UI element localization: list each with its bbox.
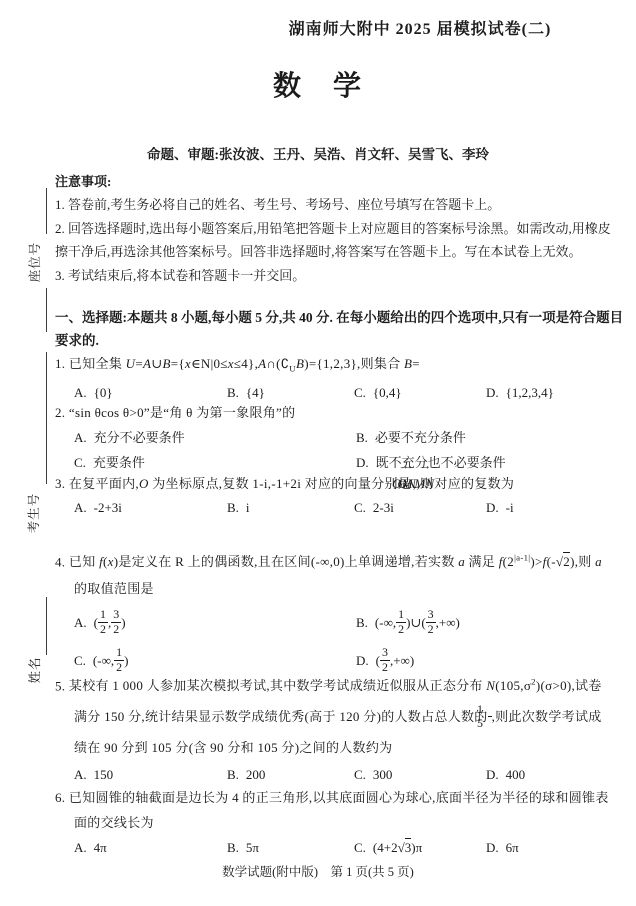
option-text: 400 — [506, 767, 526, 782]
option-d: D.-i — [486, 496, 611, 520]
option-label: A. — [74, 615, 87, 630]
option-label: B. — [227, 385, 239, 400]
option-c: C.300 — [354, 763, 486, 787]
option-b: B.200 — [227, 763, 354, 787]
option-b: B.i — [227, 496, 354, 520]
seal-label-seat-number: 座位号 — [25, 232, 43, 292]
option-label: A. — [74, 500, 87, 515]
option-label: C. — [74, 653, 86, 668]
option-text: -2+3i — [94, 500, 122, 515]
notice-item: 3. 考试结束后,将本试卷和答题卡一并交回。 — [55, 264, 621, 287]
seal-blank-line-seat-lower — [46, 288, 47, 332]
question-4: 4. 已知 f(x)是定义在 R 上的偶函数,且在区间(-∞,0)上单调递增,若… — [55, 545, 611, 674]
option-text: {4} — [246, 385, 265, 400]
option-label: B. — [227, 840, 239, 855]
option-label: A. — [74, 840, 87, 855]
question-stem: 2. “sin θcos θ>0”是“角 θ 为第一象限角”的 — [55, 400, 611, 425]
option-b: B.5π — [227, 835, 354, 860]
question-stem: 4. 已知 f(x)是定义在 R 上的偶函数,且在区间(-∞,0)上单调递增,若… — [55, 545, 611, 602]
option-label: C. — [354, 500, 366, 515]
option-a: A.充分不必要条件 — [74, 425, 356, 450]
options-row: A.150 B.200 C.300 D.400 — [55, 763, 611, 787]
option-text: 充分不必要条件 — [94, 430, 185, 445]
option-label: C. — [74, 455, 86, 470]
question-number: 5. — [55, 678, 65, 693]
option-label: D. — [486, 385, 499, 400]
question-stem: 5. 某校有 1 000 人参加某次模拟考试,其中数学考试成绩近似服从正态分布 … — [55, 667, 611, 763]
question-stem: 6. 已知圆锥的轴截面是边长为 4 的正三角形,以其底面圆心为球心,底面半径为半… — [55, 785, 611, 835]
option-c: C.2-3i — [354, 496, 486, 520]
option-a: A.(12,32) — [74, 608, 356, 636]
notice-item: 1. 答卷前,考生务必将自己的姓名、考生号、考场号、座位号填写在答题卡上。 — [55, 193, 621, 216]
option-text: 必要不充分条件 — [375, 430, 466, 445]
option-label: A. — [74, 430, 87, 445]
option-text: 150 — [94, 767, 114, 782]
option-label: D. — [486, 767, 499, 782]
option-label: C. — [354, 385, 366, 400]
option-label: D. — [486, 840, 499, 855]
option-text: i — [246, 500, 250, 515]
option-text: 5π — [246, 840, 259, 855]
seal-blank-line-candidate — [46, 352, 47, 484]
option-text: 6π — [506, 840, 519, 855]
option-label: B. — [356, 615, 368, 630]
notice-item: 2. 回答选择题时,选出每小题答案后,用铅笔把答题卡上对应题目的答案标号涂黑。如… — [55, 217, 621, 264]
stem-text: 某校有 1 000 人参加某次模拟考试,其中数学考试成绩近似服从正态分布 N(1… — [69, 678, 602, 755]
question-2: 2. “sin θcos θ>0”是“角 θ 为第一象限角”的 A.充分不必要条… — [55, 400, 611, 475]
option-label: C. — [354, 767, 366, 782]
option-text: {1,2,3,4} — [506, 385, 554, 400]
question-3: 3. 在复平面内,O 为坐标原点,复数 1-i,-1+2i 对应的向量分别是→O… — [55, 471, 611, 520]
options-row: A.充分不必要条件 B.必要不充分条件 — [55, 425, 611, 450]
setters-line: 命题、审题:张汝波、王丹、吴浩、肖文轩、吴雪飞、李玲 — [0, 143, 636, 163]
page-footer: 数学试题(附中版) 第 1 页(共 5 页) — [0, 862, 636, 880]
option-text: -i — [506, 500, 514, 515]
question-number: 4. — [55, 554, 65, 569]
seal-label-name: 姓名 — [25, 648, 43, 692]
question-number: 6. — [55, 790, 65, 805]
question-1: 1. 已知全集 U=A∪B={x∈N|0≤x≤4},A∩(∁UB)={1,2,3… — [55, 352, 611, 405]
seal-blank-line-name — [46, 597, 47, 655]
option-label: D. — [356, 653, 369, 668]
question-6: 6. 已知圆锥的轴截面是边长为 4 的正三角形,以其底面圆心为球心,底面半径为半… — [55, 785, 611, 860]
seal-label-candidate-number: 考生号 — [24, 483, 42, 543]
question-number: 2. — [55, 405, 65, 420]
options-row: A.-2+3i B.i C.2-3i D.-i — [55, 496, 611, 520]
option-text: {0} — [94, 385, 113, 400]
option-label: D. — [486, 500, 499, 515]
option-a: A.150 — [74, 763, 227, 787]
option-d: D.6π — [486, 835, 611, 860]
option-a: A.-2+3i — [74, 496, 227, 520]
stem-text: 已知全集 U=A∪B={x∈N|0≤x≤4},A∩(∁UB)={1,2,3},则… — [69, 356, 420, 371]
option-label: A. — [74, 385, 87, 400]
option-text: {0,4} — [373, 385, 402, 400]
question-stem: 1. 已知全集 U=A∪B={x∈N|0≤x≤4},A∩(∁UB)={1,2,3… — [55, 352, 611, 381]
option-label: B. — [227, 500, 239, 515]
option-text: 2-3i — [373, 500, 394, 515]
stem-text: “sin θcos θ>0”是“角 θ 为第一象限角”的 — [69, 405, 296, 420]
option-b: B.(-∞,12)∪(32,+∞) — [356, 608, 611, 636]
option-b: B.必要不充分条件 — [356, 425, 611, 450]
option-text: 300 — [373, 767, 393, 782]
notice-heading: 注意事项: — [55, 170, 621, 193]
options-row: A.(12,32) B.(-∞,12)∪(32,+∞) — [55, 608, 611, 636]
stem-text: 已知圆锥的轴截面是边长为 4 的正三角形,以其底面圆心为球心,底面半径为半径的球… — [69, 790, 609, 830]
option-text: (32,+∞) — [376, 653, 415, 668]
option-label: B. — [356, 430, 368, 445]
option-d: D.400 — [486, 763, 611, 787]
option-label: B. — [227, 767, 239, 782]
option-label: A. — [74, 767, 87, 782]
stem-text: 已知 f(x)是定义在 R 上的偶函数,且在区间(-∞,0)上单调递增,若实数 … — [69, 554, 602, 596]
page-title: 湖南师大附中 2025 届模拟试卷(二) — [160, 16, 636, 39]
option-label: D. — [356, 455, 369, 470]
option-text: (12,32) — [94, 615, 126, 630]
seal-blank-line-seat — [46, 188, 47, 234]
option-text: 200 — [246, 767, 266, 782]
section-heading: 一、选择题:本题共 8 小题,每小题 5 分,共 40 分. 在每小题给出的四个… — [55, 307, 627, 352]
stem-text: 在复平面内,O 为坐标原点,复数 1-i,-1+2i 对应的向量分别是→OM,→… — [69, 476, 514, 491]
option-label: C. — [354, 840, 366, 855]
question-number: 1. — [55, 356, 65, 371]
notice-section: 注意事项: 1. 答卷前,考生务必将自己的姓名、考生号、考场号、座位号填写在答题… — [55, 170, 621, 287]
subject-title: 数 学 — [0, 64, 636, 104]
option-a: A.4π — [74, 835, 227, 860]
question-stem: 3. 在复平面内,O 为坐标原点,复数 1-i,-1+2i 对应的向量分别是→O… — [55, 471, 611, 496]
option-text: 既不充分也不必要条件 — [376, 455, 506, 470]
option-c: C.(4+2√3)π — [354, 835, 486, 860]
option-text: (4+2√3)π — [373, 838, 422, 855]
options-row: A.4π B.5π C.(4+2√3)π D.6π — [55, 835, 611, 860]
option-text: (-∞,12) — [93, 653, 129, 668]
option-text: (-∞,12)∪(32,+∞) — [375, 615, 460, 630]
question-5: 5. 某校有 1 000 人参加某次模拟考试,其中数学考试成绩近似服从正态分布 … — [55, 667, 611, 787]
question-number: 3. — [55, 476, 65, 491]
option-text: 充要条件 — [93, 455, 145, 470]
exam-page: { "ink": "#1b1b1b", "header": { "title":… — [0, 0, 636, 906]
option-text: 4π — [94, 840, 107, 855]
